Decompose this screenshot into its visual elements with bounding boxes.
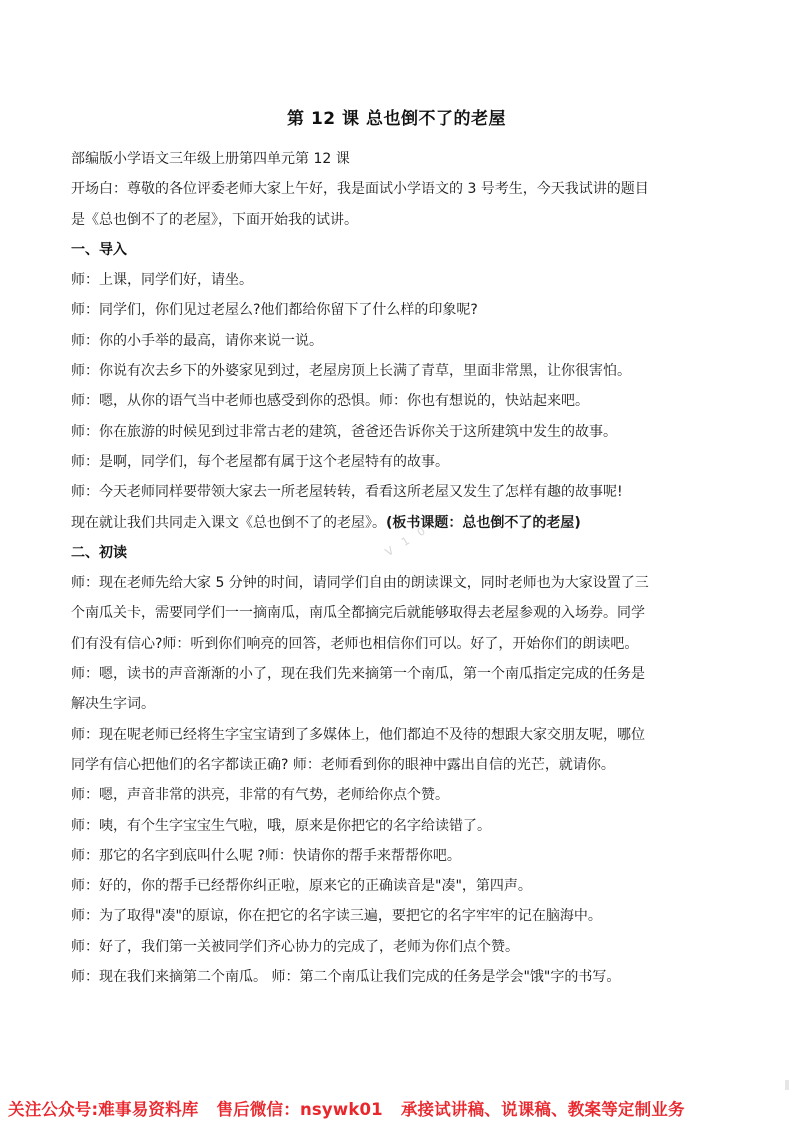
dialogue-line: 师：现在呢老师已经将生字宝宝请到了多媒体上，他们都迫不及待的想跟大家交朋友呢，哪…: [71, 720, 731, 750]
dialogue-line: 个南瓜关卡，需要同学们一一摘南瓜，南瓜全都摘完后就能够取得去老屋参观的入场券。同…: [71, 598, 731, 628]
dialogue-line: 师：为了取得"凑"的原谅，你在把它的名字读三遍，要把它的名字牢牢的记在脑海中。: [71, 901, 731, 931]
section-heading-first-reading: 二、初读: [71, 538, 731, 568]
closing-line: 现在就让我们共同走入课文《总也倒不了的老屋》。(板书课题：总也倒不了的老屋): [71, 508, 731, 538]
dialogue-line: 师：嗯，读书的声音渐渐的小了，现在我们先来摘第一个南瓜，第一个南瓜指定完成的任务…: [71, 659, 731, 689]
footer-services: 承接试讲稿、说课稿、教案等定制业务: [401, 1100, 685, 1119]
dialogue-line: 师：你说有次去乡下的外婆家见到过，老屋房顶上长满了青草，里面非常黑，让你很害怕。: [71, 356, 731, 386]
document-body: 部编版小学语文三年级上册第四单元第 12 课 开场白：尊敬的各位评委老师大家上午…: [71, 144, 731, 992]
dialogue-line: 师：咦，有个生字宝宝生气啦，哦，原来是你把它的名字给读错了。: [71, 811, 731, 841]
dialogue-line: 同学有信心把他们的名字都读正确? 师：老师看到你的眼神中露出自信的光芒，就请你。: [71, 750, 731, 780]
page-edge-marker: [785, 1080, 789, 1090]
closing-text: 现在就让我们共同走入课文《总也倒不了的老屋》。: [71, 515, 386, 531]
dialogue-line: 师：嗯，从你的语气当中老师也感受到你的恐惧。师：你也有想说的，快站起来吧。: [71, 386, 731, 416]
dialogue-line: 师：你的小手举的最高，请你来说一说。: [71, 326, 731, 356]
page-title: 第 12 课 总也倒不了的老屋: [0, 104, 793, 129]
dialogue-line: 师：现在我们来摘第二个南瓜。 师：第二个南瓜让我们完成的任务是学会"饿"字的书写…: [71, 962, 731, 992]
board-title-note: (板书课题：总也倒不了的老屋): [386, 515, 581, 531]
dialogue-line: 师：是啊，同学们，每个老屋都有属于这个老屋特有的故事。: [71, 447, 731, 477]
footer-public-account: 关注公众号:难事易资料库: [8, 1100, 199, 1119]
dialogue-line: 们有没有信心?师：听到你们响亮的回答，老师也相信你们可以。好了，开始你们的朗读吧…: [71, 629, 731, 659]
section-heading-intro: 一、导入: [71, 235, 731, 265]
opening-line: 开场白：尊敬的各位评委老师大家上午好，我是面试小学语文的 3 号考生，今天我试讲…: [71, 174, 731, 204]
dialogue-line: 师：今天老师同样要带领大家去一所老屋转转，看看这所老屋又发生了怎样有趣的故事呢!: [71, 477, 731, 507]
dialogue-line: 解决生字词。: [71, 689, 731, 719]
footer-banner: 关注公众号:难事易资料库 售后微信：nsywk01 承接试讲稿、说课稿、教案等定…: [0, 1096, 793, 1122]
dialogue-line: 师：那它的名字到底叫什么呢 ?师：快请你的帮手来帮帮你吧。: [71, 841, 731, 871]
dialogue-line: 师：现在老师先给大家 5 分钟的时间，请同学们自由的朗读课文，同时老师也为大家设…: [71, 568, 731, 598]
opening-line: 是《总也倒不了的老屋》，下面开始我的试讲。: [71, 205, 731, 235]
dialogue-line: 师：上课，同学们好，请坐。: [71, 265, 731, 295]
dialogue-line: 师：好的，你的帮手已经帮你纠正啦，原来它的正确读音是"凑"，第四声。: [71, 871, 731, 901]
dialogue-line: 师：你在旅游的时候见到过非常古老的建筑，爸爸还告诉你关于这所建筑中发生的故事。: [71, 417, 731, 447]
dialogue-line: 师：好了，我们第一关被同学们齐心协力的完成了，老师为你们点个赞。: [71, 932, 731, 962]
dialogue-line: 师：嗯，声音非常的洪亮，非常的有气势，老师给你点个赞。: [71, 780, 731, 810]
footer-wechat: 售后微信：nsywk01: [216, 1100, 382, 1119]
dialogue-line: 师：同学们，你们见过老屋么?他们都给你留下了什么样的印象呢?: [71, 295, 731, 325]
document-page: 第 12 课 总也倒不了的老屋 V 1 0 1 部编版小学语文三年级上册第四单元…: [0, 0, 793, 1122]
lesson-subtitle: 部编版小学语文三年级上册第四单元第 12 课: [71, 144, 731, 174]
